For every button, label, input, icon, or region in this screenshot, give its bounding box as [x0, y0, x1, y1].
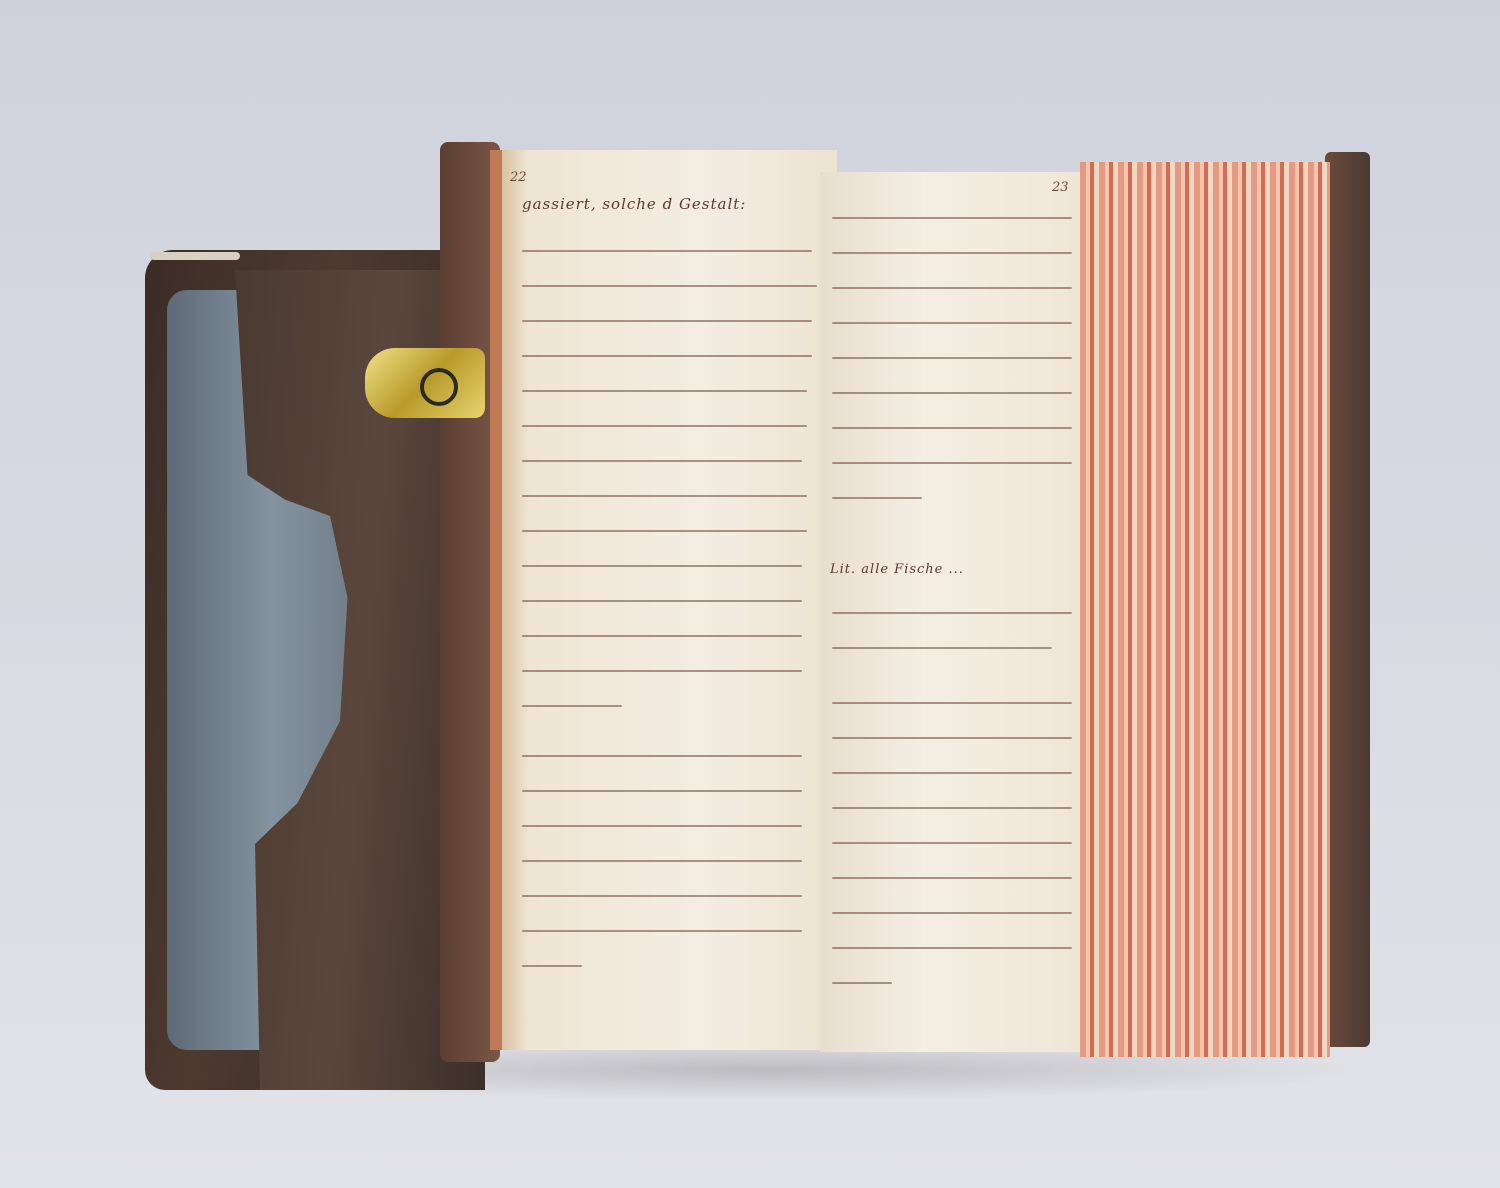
manuscript-book: 22 gassiert, solche d Gestalt:: [440, 142, 1365, 1062]
right-page-heading: Lit. alle Fische ...: [830, 562, 964, 577]
red-page-edges: [1080, 162, 1330, 1057]
brass-clasp: [365, 338, 515, 428]
clasp-spring: [420, 368, 458, 406]
right-page-number: 23: [1052, 180, 1069, 195]
left-page: 22 gassiert, solche d Gestalt:: [490, 150, 837, 1050]
right-cover: [1325, 152, 1370, 1047]
left-page-number: 22: [510, 170, 527, 185]
slipcase-worn-edge: [150, 252, 240, 260]
left-page-first-line: gassiert, solche d Gestalt:: [522, 195, 746, 213]
right-page: 23 Lit. alle Fische ...: [820, 172, 1080, 1052]
